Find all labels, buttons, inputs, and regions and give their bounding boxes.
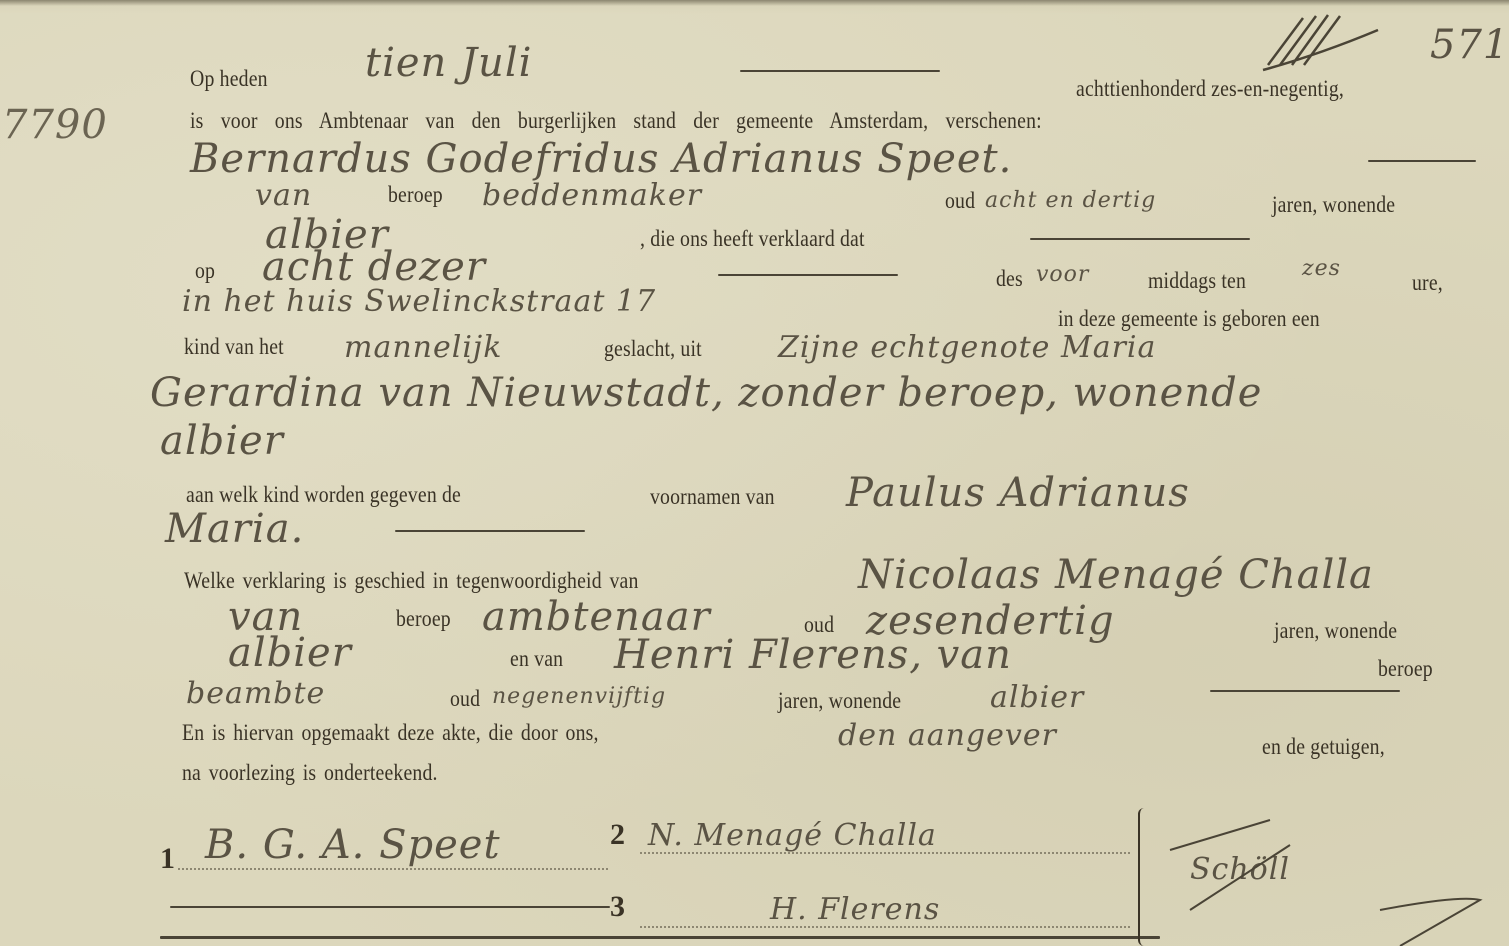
fill-line <box>1210 690 1400 692</box>
fill-line <box>718 274 898 276</box>
mother-name-part2: Gerardina van Nieuwstadt, zonder beroep,… <box>150 370 1262 416</box>
printed-jaren-wonende: jaren, wonende <box>1272 192 1395 218</box>
printed-names-given: aan welk kind worden gegeven de <box>186 482 461 508</box>
birth-registration-date: tien Juli <box>365 40 532 86</box>
birth-time-period: voor <box>1036 262 1089 287</box>
printed-appeared-before: is voor ons Ambtenaar van den burgerlijk… <box>190 108 1042 134</box>
child-sex: mannelijk <box>344 330 502 365</box>
record-number: 7790 <box>2 102 108 148</box>
printed-kind-van-het: kind van het <box>184 334 284 360</box>
printed-signed-after-reading: na voorlezing is onderteekend. <box>182 760 438 786</box>
mother-name-part1: Zijne echtgenote Maria <box>778 330 1156 365</box>
witness1-name: Nicolaas Menagé Challa <box>858 552 1374 598</box>
birth-hour: zes <box>1302 256 1341 281</box>
printed-beroep: beroep <box>396 606 451 632</box>
printed-en-van: en van <box>510 646 563 672</box>
declarant-age: acht en dertig <box>985 188 1156 213</box>
signature-witness2: H. Flerens <box>770 892 940 927</box>
witness2-residence: albier <box>990 680 1084 715</box>
double-rule <box>160 936 1160 939</box>
birth-place: in het huis Swelinckstraat 17 <box>182 284 656 319</box>
printed-beroep: beroep <box>388 182 443 208</box>
declarant-occupation: beddenmaker <box>482 178 702 213</box>
signature-witness1: N. Menagé Challa <box>648 818 937 853</box>
printed-op: op <box>195 258 215 284</box>
page-number: 571. <box>1430 22 1509 68</box>
declarant-name: Bernardus Godefridus Adrianus Speet. <box>190 136 1012 182</box>
printed-jaren-wonende: jaren, wonende <box>778 688 901 714</box>
fill-line <box>395 530 585 532</box>
signature-number-1: 1 <box>160 842 175 876</box>
signature-number-3: 3 <box>610 890 625 924</box>
printed-des: des <box>996 266 1023 292</box>
declarant-reference: den aangever <box>838 718 1057 753</box>
checkmark-hatch-icon <box>1258 10 1388 75</box>
witness2-name: Henri Flerens, van <box>614 632 1012 678</box>
printed-born-in-municipality: in deze gemeente is geboren een <box>1058 306 1320 332</box>
underline-rule <box>170 906 610 908</box>
witness2-occupation: beambte <box>186 676 325 711</box>
signature-declarant: B. G. A. Speet <box>205 822 501 868</box>
child-given-names-part2: Maria. <box>165 506 304 552</box>
printed-ure: ure, <box>1412 270 1443 296</box>
printed-oud: oud <box>450 686 480 712</box>
printed-witness-intro: Welke verklaring is geschied in tegenwoo… <box>184 568 639 594</box>
fill-line <box>1368 160 1476 162</box>
printed-beroep: beroep <box>1378 656 1433 682</box>
witness2-age: negenenvijftig <box>492 684 666 709</box>
child-given-names-part1: Paulus Adrianus <box>846 470 1190 516</box>
printed-voornamen-van: voornamen van <box>650 484 775 510</box>
mother-residence: albier <box>160 418 284 464</box>
printed-op-heden: Op heden <box>190 66 268 92</box>
printed-year: achttienhonderd zes-en-negentig, <box>1076 76 1344 102</box>
printed-middags-ten: middags ten <box>1148 268 1246 294</box>
printed-act-drawn-up: En is hiervan opgemaakt deze akte, die d… <box>182 720 599 746</box>
printed-oud: oud <box>945 188 975 214</box>
page-top-edge <box>0 0 1509 6</box>
signature-number-2: 2 <box>610 818 625 852</box>
signature-line-1 <box>178 868 608 870</box>
fill-line <box>1030 238 1250 240</box>
printed-declared-that: , die ons heeft verklaard dat <box>640 226 865 252</box>
printed-jaren-wonende: jaren, wonende <box>1274 618 1397 644</box>
signature-bracket <box>1138 808 1150 946</box>
printed-en-de-getuigen: en de getuigen, <box>1262 734 1385 760</box>
witness1-residence: albier <box>228 630 352 676</box>
fill-line <box>740 70 940 72</box>
van-handwritten: van <box>255 178 312 213</box>
printed-geslacht-uit: geslacht, uit <box>604 336 702 362</box>
signature-flourish-icon <box>1160 800 1500 946</box>
